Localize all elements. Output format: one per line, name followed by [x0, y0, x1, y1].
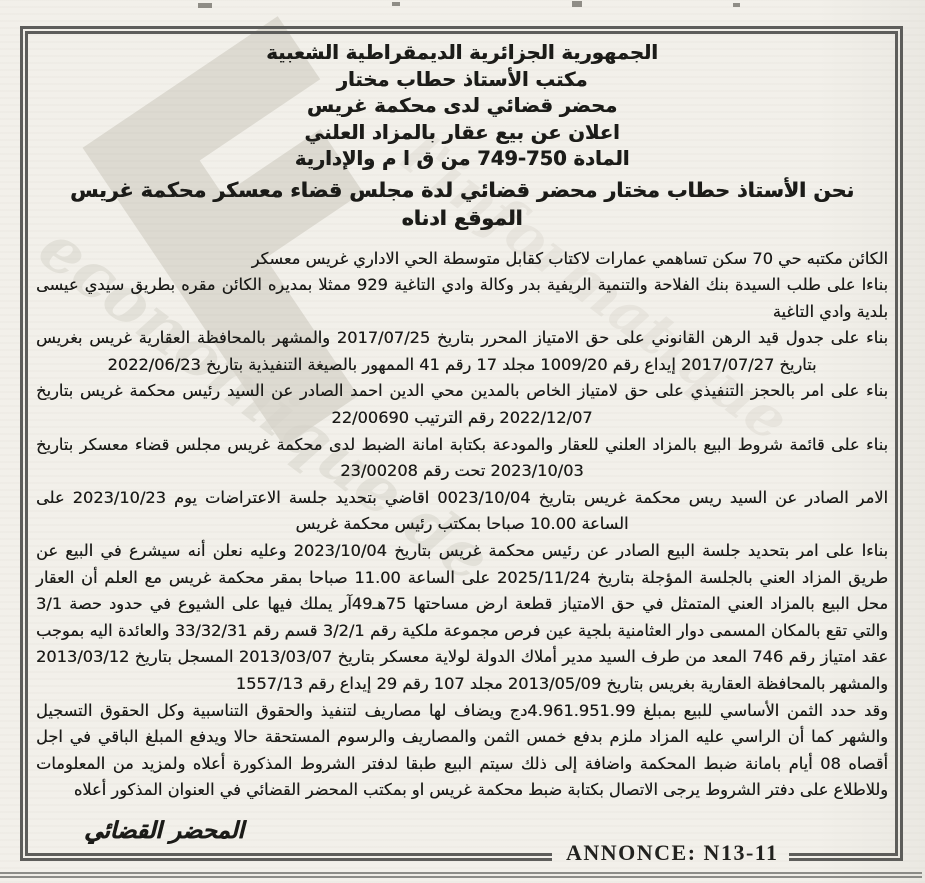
newspaper-legal-notice-page: economique de l'informatique الجمهورية ا… [0, 0, 925, 883]
paragraph-base-price-terms: وقد حدد الثمن الأساسي للبيع بمبلغ 4.961.… [36, 698, 888, 804]
paragraph-executive-seizure: بناء على امر بالحجز التنفيذي على حق لامت… [36, 378, 888, 431]
paragraph-objections-session: الامر الصادر عن السيد ريس محكمة غريس بتا… [36, 485, 888, 538]
scan-artifact [198, 3, 212, 8]
office-title: مكتب الأستاذ حطاب مختار [36, 67, 888, 94]
paragraph-request-bank: بناءا على طلب السيدة بنك الفلاحة والتنمي… [36, 272, 888, 325]
bailiff-title: محضر قضائي لدى محكمة غريس [36, 93, 888, 120]
notice-body: الكائن مكتبه حي 70 سكن تساهمي عمارات لاك… [36, 246, 888, 804]
paragraph-office-address: الكائن مكتبه حي 70 سكن تساهمي عمارات لاك… [36, 246, 888, 273]
scan-artifact [572, 1, 582, 7]
auction-title: اعلان عن بيع عقار بالمزاد العلني [36, 120, 888, 147]
scan-artifact [392, 2, 400, 6]
notice-content: الجمهورية الجزائرية الديمقراطية الشعبية … [36, 40, 888, 840]
paragraph-sale-session-property: بناءا على امر بتحديد جلسة البيع الصادر ع… [36, 538, 888, 698]
scan-artifact [733, 3, 740, 7]
annonce-reference: ANNONCE: N13-11 [552, 840, 789, 868]
adjacent-frame-line [0, 872, 922, 878]
officer-intro: نحن الأستاذ حطاب مختار محضر قضائي لدة مج… [36, 176, 888, 232]
law-article-reference: المادة 750-749 من ق ا م والإدارية [36, 146, 888, 173]
paragraph-sale-conditions-list: بناء على قائمة شروط البيع بالمزاد العلني… [36, 432, 888, 485]
paragraph-mortgage-registration: بناء على جدول قيد الرهن القانوني على حق … [36, 325, 888, 378]
republic-title: الجمهورية الجزائرية الديمقراطية الشعبية [36, 40, 888, 67]
